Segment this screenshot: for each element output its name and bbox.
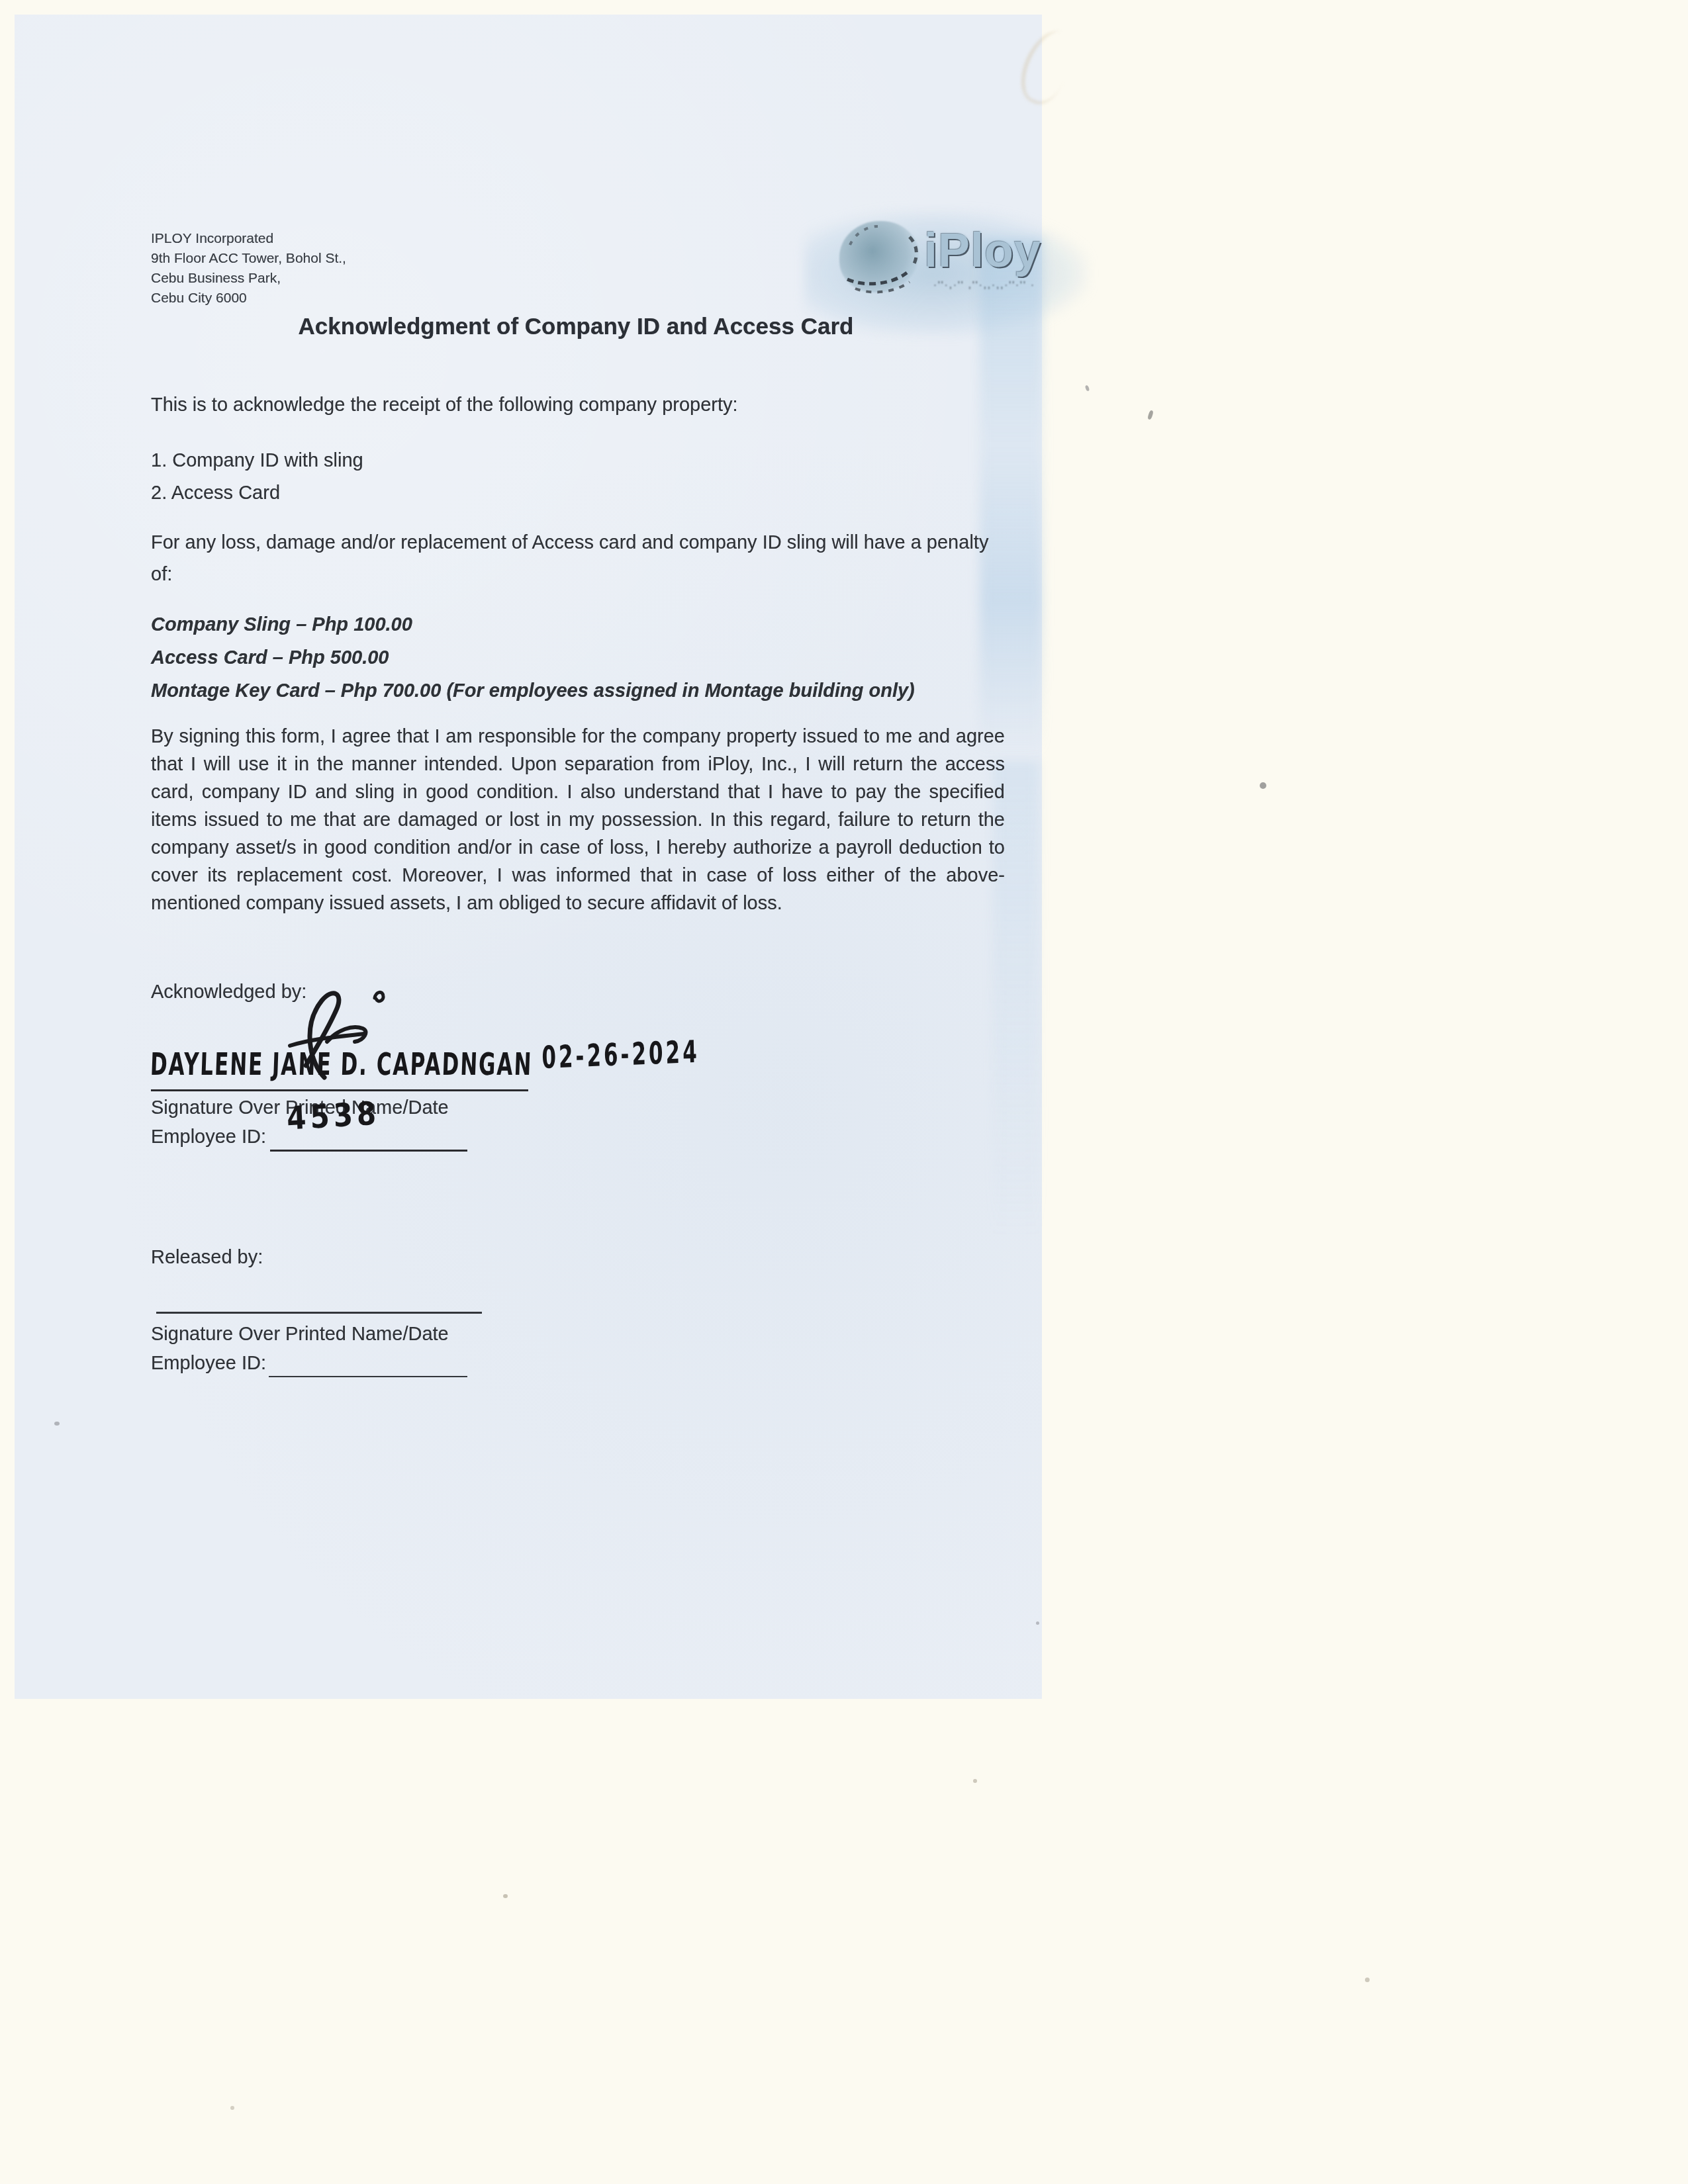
iploy-logo: iPloy ·''·,·'' ,''·,,·,,·''·'' · — [839, 218, 1058, 311]
property-item: 2. Access Card — [151, 482, 280, 504]
penalty-amount: Company Sling – Php 100.00 — [151, 614, 412, 636]
penalty-amount: Montage Key Card – Php 700.00 (For emplo… — [151, 680, 915, 702]
released-signature-line — [156, 1312, 482, 1314]
scan-speck — [1147, 410, 1154, 420]
released-signature-caption: Signature Over Printed Name/Date — [151, 1324, 449, 1345]
released-employee-id-label: Employee ID: — [151, 1353, 266, 1375]
logo-tagline: ·''·,·'' ,''·,,·,,·''·'' · — [933, 279, 1035, 291]
penalty-intro-line: For any loss, damage and/or replacement … — [151, 532, 988, 554]
penalty-intro-line: of: — [151, 564, 172, 586]
scan-speck — [230, 2106, 234, 2110]
scan-speck — [1365, 1978, 1370, 1982]
logo-wordmark: iPloy — [924, 224, 1041, 278]
scan-speck — [973, 1779, 977, 1783]
employee-id-line — [270, 1150, 467, 1152]
page-title: Acknowledgment of Company ID and Access … — [152, 314, 1000, 340]
property-item: 1. Company ID with sling — [151, 450, 363, 472]
company-name: IPLOY Incorporated — [151, 229, 346, 249]
printed-name-handwritten: DAYLENE JANE D. CAPADNGAN — [150, 1047, 533, 1083]
scan-background: IPLOY Incorporated 9th Floor ACC Tower, … — [0, 0, 1688, 2184]
released-by-label: Released by: — [151, 1247, 263, 1269]
employee-id-handwritten: 4538 — [286, 1095, 381, 1138]
scan-speck — [503, 1894, 508, 1898]
intro-paragraph: This is to acknowledge the receipt of th… — [151, 394, 738, 416]
company-address-line: Cebu City 6000 — [151, 289, 346, 308]
agreement-paragraph: By signing this form, I agree that I am … — [151, 723, 1005, 917]
company-address-block: IPLOY Incorporated 9th Floor ACC Tower, … — [151, 229, 346, 308]
scan-speck — [54, 1422, 60, 1426]
company-address-line: Cebu Business Park, — [151, 269, 346, 289]
globe-lines-icon — [835, 218, 935, 304]
scan-speck — [1036, 1621, 1039, 1625]
date-handwritten: 02-26-2024 — [541, 1034, 700, 1076]
company-address-line: 9th Floor ACC Tower, Bohol St., — [151, 249, 346, 269]
released-employee-id-line — [269, 1376, 467, 1377]
penalty-amount: Access Card – Php 500.00 — [151, 647, 389, 669]
employee-id-label: Employee ID: — [151, 1126, 266, 1148]
scan-speck — [1260, 782, 1266, 789]
signature-line — [151, 1089, 528, 1091]
scan-speck — [1085, 385, 1090, 391]
